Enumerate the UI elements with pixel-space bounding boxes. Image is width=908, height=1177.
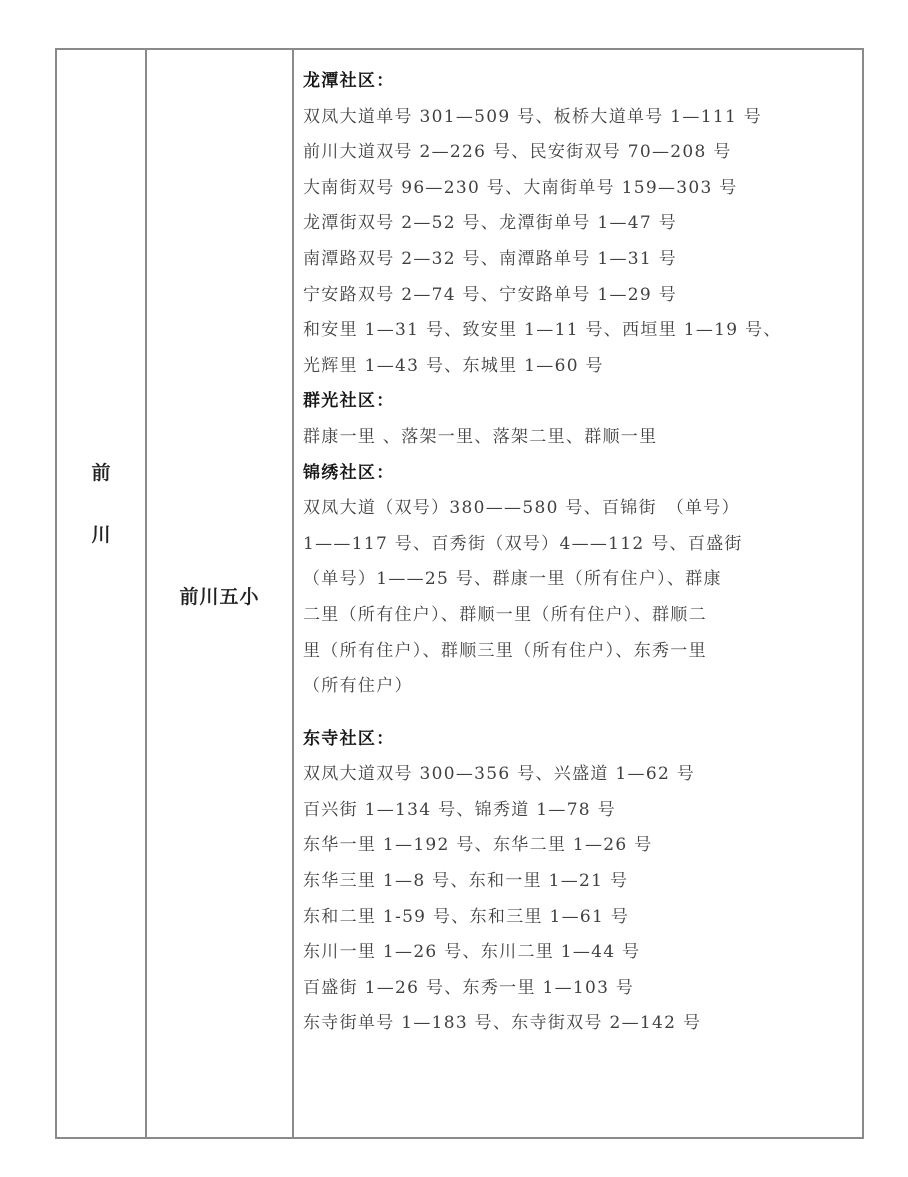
address-line: （单号）1——25 号、群康一里（所有住户）、群康 (303, 562, 863, 598)
school-name-cell: 前川五小 (147, 582, 292, 609)
address-line: 东川一里 1—26 号、东川二里 1—44 号 (303, 935, 863, 971)
community-section: 东寺社区： 双凤大道双号 300—356 号、兴盛道 1—62 号 百兴街 1—… (303, 722, 863, 1042)
district-char: 川 (57, 504, 145, 566)
address-line: 宁安路双号 2—74 号、宁安路单号 1—29 号 (303, 278, 863, 314)
address-line: 和安里 1—31 号、致安里 1—11 号、西垣里 1—19 号、 (303, 313, 863, 349)
address-line: 百兴街 1—134 号、锦秀道 1—78 号 (303, 793, 863, 829)
community-heading: 龙潭社区： (303, 64, 863, 100)
community-heading: 东寺社区： (303, 722, 863, 758)
address-line: 光辉里 1—43 号、东城里 1—60 号 (303, 349, 863, 385)
address-line: 大南街双号 96—230 号、大南街单号 159—303 号 (303, 171, 863, 207)
address-line: 双凤大道（双号）380——580 号、百锦街 （单号） (303, 491, 863, 527)
address-line: 南潭路双号 2—32 号、南潭路单号 1—31 号 (303, 242, 863, 278)
community-heading: 群光社区： (303, 384, 863, 420)
district-char: 前 (57, 442, 145, 504)
address-line: 东和二里 1-59 号、东和三里 1—61 号 (303, 900, 863, 936)
community-heading: 锦绣社区： (303, 456, 863, 492)
community-section: 龙潭社区： 双凤大道单号 301—509 号、板桥大道单号 1—111 号 前川… (303, 64, 863, 384)
address-line: 东寺街单号 1—183 号、东寺街双号 2—142 号 (303, 1006, 863, 1042)
section-spacer (303, 705, 863, 722)
address-line: 二里（所有住户）、群顺一里（所有住户）、群顺二 (303, 598, 863, 634)
column-divider (292, 50, 294, 1137)
address-line: 双凤大道双号 300—356 号、兴盛道 1—62 号 (303, 757, 863, 793)
address-line: （所有住户） (303, 669, 863, 705)
district-cell: 前 川 (57, 442, 145, 566)
address-line: 百盛街 1—26 号、东秀一里 1—103 号 (303, 971, 863, 1007)
address-line: 1——117 号、百秀街（双号）4——112 号、百盛街 (303, 527, 863, 563)
address-line: 双凤大道单号 301—509 号、板桥大道单号 1—111 号 (303, 100, 863, 136)
address-line: 东华三里 1—8 号、东和一里 1—21 号 (303, 864, 863, 900)
address-line: 群康一里 、落架一里、落架二里、群顺一里 (303, 420, 863, 456)
address-line: 里（所有住户）、群顺三里（所有住户）、东秀一里 (303, 634, 863, 670)
address-line: 前川大道双号 2—226 号、民安街双号 70—208 号 (303, 135, 863, 171)
address-range-cell: 龙潭社区： 双凤大道单号 301—509 号、板桥大道单号 1—111 号 前川… (303, 64, 863, 1042)
community-section: 锦绣社区： 双凤大道（双号）380——580 号、百锦街 （单号） 1——117… (303, 456, 863, 705)
community-section: 群光社区： 群康一里 、落架一里、落架二里、群顺一里 (303, 384, 863, 455)
address-line: 东华一里 1—192 号、东华二里 1—26 号 (303, 828, 863, 864)
enrollment-zone-table: 前 川 前川五小 龙潭社区： 双凤大道单号 301—509 号、板桥大道单号 1… (55, 48, 864, 1139)
address-line: 龙潭街双号 2—52 号、龙潭街单号 1—47 号 (303, 206, 863, 242)
